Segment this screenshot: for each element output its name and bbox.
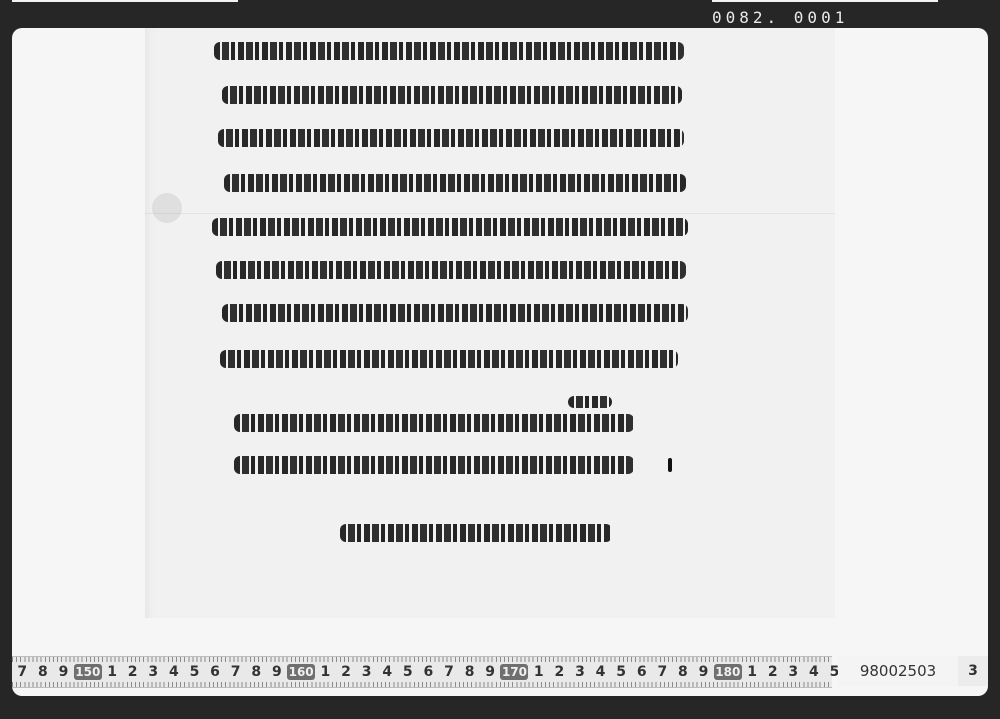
item-mark — [668, 458, 672, 472]
ruler-tick-major: 160 — [287, 664, 315, 680]
ruler-tick: 9 — [267, 664, 288, 680]
ruler-tick: 5 — [398, 664, 419, 680]
handwriting-line-5 — [212, 218, 688, 236]
handwriting-line-1 — [214, 42, 684, 60]
handwriting-line-8 — [220, 350, 678, 368]
ruler-tick: 4 — [164, 664, 185, 680]
scan-sheet — [12, 28, 988, 696]
handwriting-line-7 — [222, 304, 688, 322]
ruler-tick-major: 180 — [714, 664, 742, 680]
film-edge-right — [712, 0, 938, 2]
ruler-tick: 6 — [631, 664, 652, 680]
ruler-tick: 9 — [53, 664, 74, 680]
signature-line — [340, 524, 612, 542]
ruler-tick: 8 — [459, 664, 480, 680]
ruler-tick: 8 — [33, 664, 54, 680]
ruler-tick-major: 170 — [500, 664, 528, 680]
handwriting-line-4 — [224, 174, 686, 192]
ruler-tick: 2 — [762, 664, 783, 680]
paper-fold-line — [145, 213, 835, 214]
ruler-tick: 1 — [102, 664, 123, 680]
ruler-tick: 5 — [611, 664, 632, 680]
ruler-tick: 3 — [570, 664, 591, 680]
ruler-tick: 2 — [336, 664, 357, 680]
handwriting-line-2 — [222, 86, 682, 104]
ruler-tick: 7 — [12, 664, 33, 680]
handwriting-line-10 — [234, 456, 634, 474]
ruler-tick: 4 — [590, 664, 611, 680]
ruler-tick: 7 — [439, 664, 460, 680]
frame-counter: 0082. 0001 — [712, 8, 848, 27]
ruler-tick: 6 — [418, 664, 439, 680]
handwriting-line-6 — [216, 261, 686, 279]
ruler-tick: 5 — [184, 664, 205, 680]
ruler-tick: 2 — [122, 664, 143, 680]
ruler-tick: 7 — [225, 664, 246, 680]
ruler-tick: 3 — [783, 664, 804, 680]
faded-seal-stamp — [152, 193, 182, 223]
ruler-tick: 1 — [315, 664, 336, 680]
ruler-end-label: 3 — [958, 656, 988, 686]
film-edge-left — [12, 0, 238, 2]
measurement-ruler: 7 8 9 150 1 2 3 4 5 6 7 8 9 160 1 2 3 4 … — [12, 656, 832, 688]
ruler-tick: 4 — [377, 664, 398, 680]
ruler-tick: 3 — [356, 664, 377, 680]
ruler-tick: 7 — [652, 664, 673, 680]
handwriting-line-9 — [234, 414, 634, 432]
handwriting-annotation — [568, 396, 612, 408]
handwriting-line-3 — [218, 129, 684, 147]
ruler-tick: 3 — [143, 664, 164, 680]
ruler-tick: 8 — [246, 664, 267, 680]
ruler-tick: 1 — [528, 664, 549, 680]
ruler-tick-major: 150 — [74, 664, 102, 680]
ruler-tick: 1 — [742, 664, 763, 680]
reference-number: 98002503 — [838, 656, 958, 686]
ruler-tick: 4 — [804, 664, 825, 680]
ruler-tick: 8 — [673, 664, 694, 680]
ruler-tick: 9 — [693, 664, 714, 680]
ruler-tick: 9 — [480, 664, 501, 680]
ruler-tick: 6 — [205, 664, 226, 680]
ruler-tick: 2 — [549, 664, 570, 680]
